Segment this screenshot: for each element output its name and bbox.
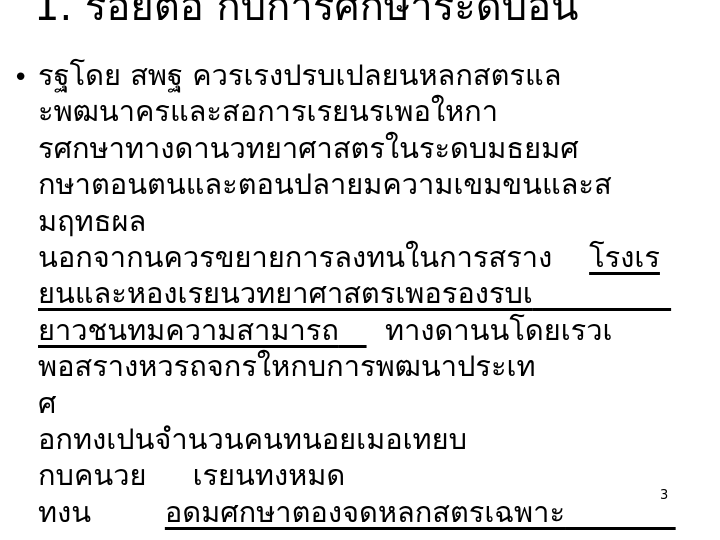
text-segment: ะพฒนาครและสอการเรยนรเพอใหกา <box>38 94 498 128</box>
text-line: นอกจากนควรขยายการลงทนในการสราง โรงเร <box>38 239 714 275</box>
text-segment: ศ <box>38 386 56 420</box>
text-line: ศ <box>38 385 714 421</box>
bullet-icon: • <box>13 60 28 96</box>
text-gap <box>91 495 165 529</box>
text-segment: ทางดานนโดยเรวเ <box>385 313 612 347</box>
text-segment: นอกจากนควรขยายการลงทนในการสราง <box>38 240 552 274</box>
text-line: ทงน อดมศกษาตองจดหลกสตรเฉพาะ <box>38 494 714 530</box>
text-segment: รศกษาทางดานวทยาศาสตรในระดบมธยมศ <box>38 131 579 165</box>
text-line: มฤทธผล <box>38 203 714 239</box>
text-segment: มฤทธผล <box>38 204 146 238</box>
text-gap <box>146 458 192 492</box>
text-line: รศกษาทางดานวทยาศาสตรในระดบมธยมศ <box>38 130 714 166</box>
text-line: ยาวชนทมความสามารถ ทางดานนโดยเรวเ <box>38 312 714 348</box>
text-segment: พอสรางหวรถจกรใหกบการพฒนาประเท <box>38 349 536 383</box>
page-number: 3 <box>660 489 668 503</box>
text-line: กษาตอนตนและตอนปลายมความเขมขนและส <box>38 166 714 202</box>
text-segment: กบคนวย <box>38 458 146 492</box>
text-segment: โรงเร <box>589 240 660 274</box>
text-line: รฐโดย สพฐ ควรเรงปรบเปลยนหลกสตรแล <box>38 57 714 93</box>
text-segment: ยนและหองเรยนวทยาศาสตรเพอรองรบเ <box>38 276 533 310</box>
text-segment: กษาตอนตนและตอนปลายมความเขมขนและส <box>38 167 612 201</box>
text-line: พอสรางหวรถจกรใหกบการพฒนาประเท <box>38 348 714 384</box>
text-gap <box>367 313 385 347</box>
text-segment: รฐโดย สพฐ ควรเรงปรบเปลยนหลกสตรแล <box>38 58 561 92</box>
text-line: กบคนวย เรยนทงหมด <box>38 457 714 493</box>
text-gap <box>533 276 671 310</box>
slide-title: 1. รอยตอ กบการศกษาระดบอน <box>34 0 578 29</box>
text-gap <box>339 313 367 347</box>
text-segment: เรยนทงหมด <box>193 458 346 492</box>
text-line: อกทงเปนจำนวนคนทนอยเมอเทยบ <box>38 421 714 457</box>
presentation-slide: 1. รอยตอ กบการศกษาระดบอน • รฐโดย สพฐ ควร… <box>0 0 720 540</box>
text-gap <box>552 240 589 274</box>
text-segment: ทงน <box>38 495 91 529</box>
slide-body: รฐโดย สพฐ ควรเรงปรบเปลยนหลกสตรและพฒนาครแ… <box>38 57 714 530</box>
text-line: ะพฒนาครและสอการเรยนรเพอใหกา <box>38 93 714 129</box>
text-segment: อกทงเปนจำนวนคนทนอยเมอเทยบ <box>38 422 467 456</box>
text-segment: อดมศกษาตองจดหลกสตรเฉพาะ <box>165 495 565 529</box>
text-segment: ยาวชนทมความสามารถ <box>38 313 339 347</box>
text-line: ยนและหองเรยนวทยาศาสตรเพอรองรบเ <box>38 275 714 311</box>
